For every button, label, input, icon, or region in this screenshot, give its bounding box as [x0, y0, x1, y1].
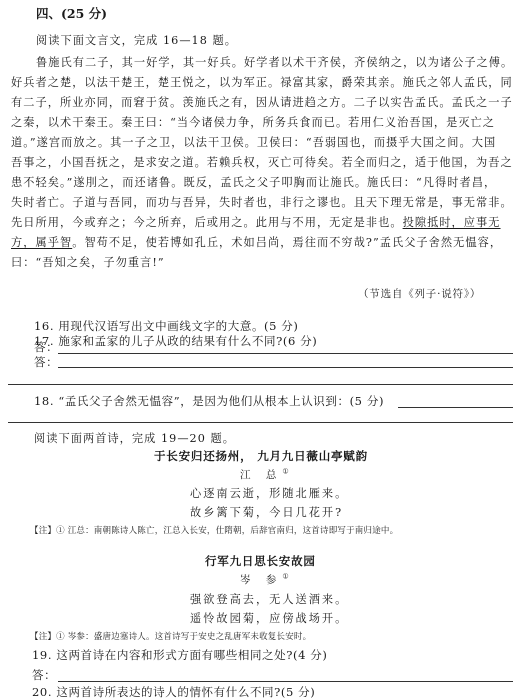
passage1-line-6: 吾事之，小国吾抚之，是求安之道。若赖兵权，灭亡可待矣。若全而归之，适于他国，为吾… — [11, 154, 513, 170]
passage2-intro: 阅读下面两首诗，完成 19—20 题。 — [34, 430, 235, 446]
passage1-line-8: 失时者亡。子道与吾同，而功与吾异，失时者也，非行之谬也。且天下理无常是，事无常非… — [11, 194, 513, 210]
answer-line-17a[interactable] — [58, 367, 513, 368]
poem2-author: 岑 参① — [240, 572, 295, 587]
question-19: 19. 这两首诗在内容和形式方面有哪些相同之处?(4 分) — [32, 647, 327, 663]
passage1-source: （节选自《列子·说符》） — [358, 286, 481, 301]
underlined-text-1: 投隙抵时，应事无 — [403, 216, 501, 229]
poem1-note: 【注】① 江总：南朝陈诗人陈亡，江总入长安，仕隋朝，后辞官南归，这首诗即写于南归… — [30, 524, 398, 536]
question-20: 20. 这两首诗所表达的诗人的情怀有什么不同?(5 分) — [32, 684, 315, 699]
question-18: 18. “孟氏父子舍然无愠容”，是因为他们从根本上认识到：(5 分) — [34, 393, 384, 409]
answer-line-16[interactable] — [58, 353, 513, 354]
poem1-title: 于长安归还扬州， 九月九日薇山亭赋韵 — [154, 448, 368, 464]
poem2-line-2: 遥怜故园菊，应傍战场开。 — [190, 610, 348, 626]
poem2-line-1: 强欲登高去，无人送酒来。 — [190, 591, 348, 607]
underlined-text-2: 方，属乎智 — [11, 236, 72, 249]
passage1-line-10: 方，属乎智。智苟不足，使若博如孔丘，术如吕尚，焉往而不穷哉?”孟氏父子舍然无愠容… — [11, 234, 502, 250]
answer-line-18b[interactable] — [8, 422, 513, 423]
answer-line-19[interactable] — [58, 681, 513, 682]
passage1-line-10-text: 。智苟不足，使若博如孔丘，术如吕尚，焉往而不穷哉?”孟氏父子舍然无愠容， — [72, 236, 502, 249]
passage1-line-11: 曰：“吾知之矣，子勿重言!” — [11, 254, 165, 270]
passage1-line-9: 先日所用，今或弃之；今之所弃，后或用之。此用与不用，无定是非也。投隙抵时，应事无 — [11, 214, 501, 230]
answer-label-17: 答： — [34, 354, 58, 370]
poem2-note: 【注】① 岑参：盛唐边塞诗人。这首诗写于安史之乱唐军未收复长安时。 — [30, 630, 311, 642]
passage1-intro: 阅读下面文言文，完成 16—18 题。 — [36, 32, 237, 48]
passage1-line-4: 之秦，以术干秦王。秦王曰：“当今诸侯力争，所务兵食而已。若用仁义治吾国，是灭亡之 — [11, 114, 495, 130]
question-16: 16. 用现代汉语写出文中画线文字的大意。(5 分) — [34, 318, 299, 334]
passage1-line-9-text: 先日所用，今或弃之；今之所弃，后或用之。此用与不用，无定是非也。 — [11, 216, 403, 229]
answer-line-18a[interactable] — [398, 407, 513, 408]
poem1-line-2: 故乡篱下菊，今日几花开? — [190, 504, 343, 520]
passage1-line-7: 患不轻矣。”遂刖之，而还诸鲁。既反，孟氏之父子叩胸而让施氏。施氏曰：“凡得时者昌… — [11, 174, 496, 190]
footnote-mark: ① — [282, 573, 294, 581]
answer-line-17b[interactable] — [8, 384, 513, 385]
question-17: 17. 施家和孟家的儿子从政的结果有什么不同?(6 分) — [34, 333, 317, 349]
poem1-author: 江 总① — [240, 467, 295, 482]
poem2-author-name: 岑 参 — [240, 574, 282, 586]
poem1-line-1: 心逐南云逝，形随北雁来。 — [190, 485, 348, 501]
passage1-line-3: 有二子，所业亦同，而窘于贫。羡施氏之有，因从请进趋之方。二子以实告孟氏。孟氏之一… — [11, 94, 513, 110]
passage1-line-1: 鲁施氏有二子，其一好学，其一好兵。好学者以术干齐侯，齐侯纳之，以为诸公子之傅。 — [36, 54, 513, 70]
footnote-mark: ① — [282, 468, 294, 476]
answer-label-19: 答： — [32, 667, 56, 683]
section-title: 四、(25 分) — [36, 4, 107, 22]
poem2-title: 行军九日思长安故园 — [205, 553, 316, 569]
poem1-author-name: 江 总 — [240, 469, 282, 481]
passage1-line-5: 道。”遂宫而放之。其一子之卫，以法干卫侯。卫侯曰：“吾弱国也，而摄乎大国之间。大… — [11, 134, 496, 150]
passage1-line-2: 好兵者之楚，以法干楚王，楚王悦之，以为军正。禄富其家，爵荣其亲。施氏之邻人孟氏，… — [11, 74, 513, 90]
